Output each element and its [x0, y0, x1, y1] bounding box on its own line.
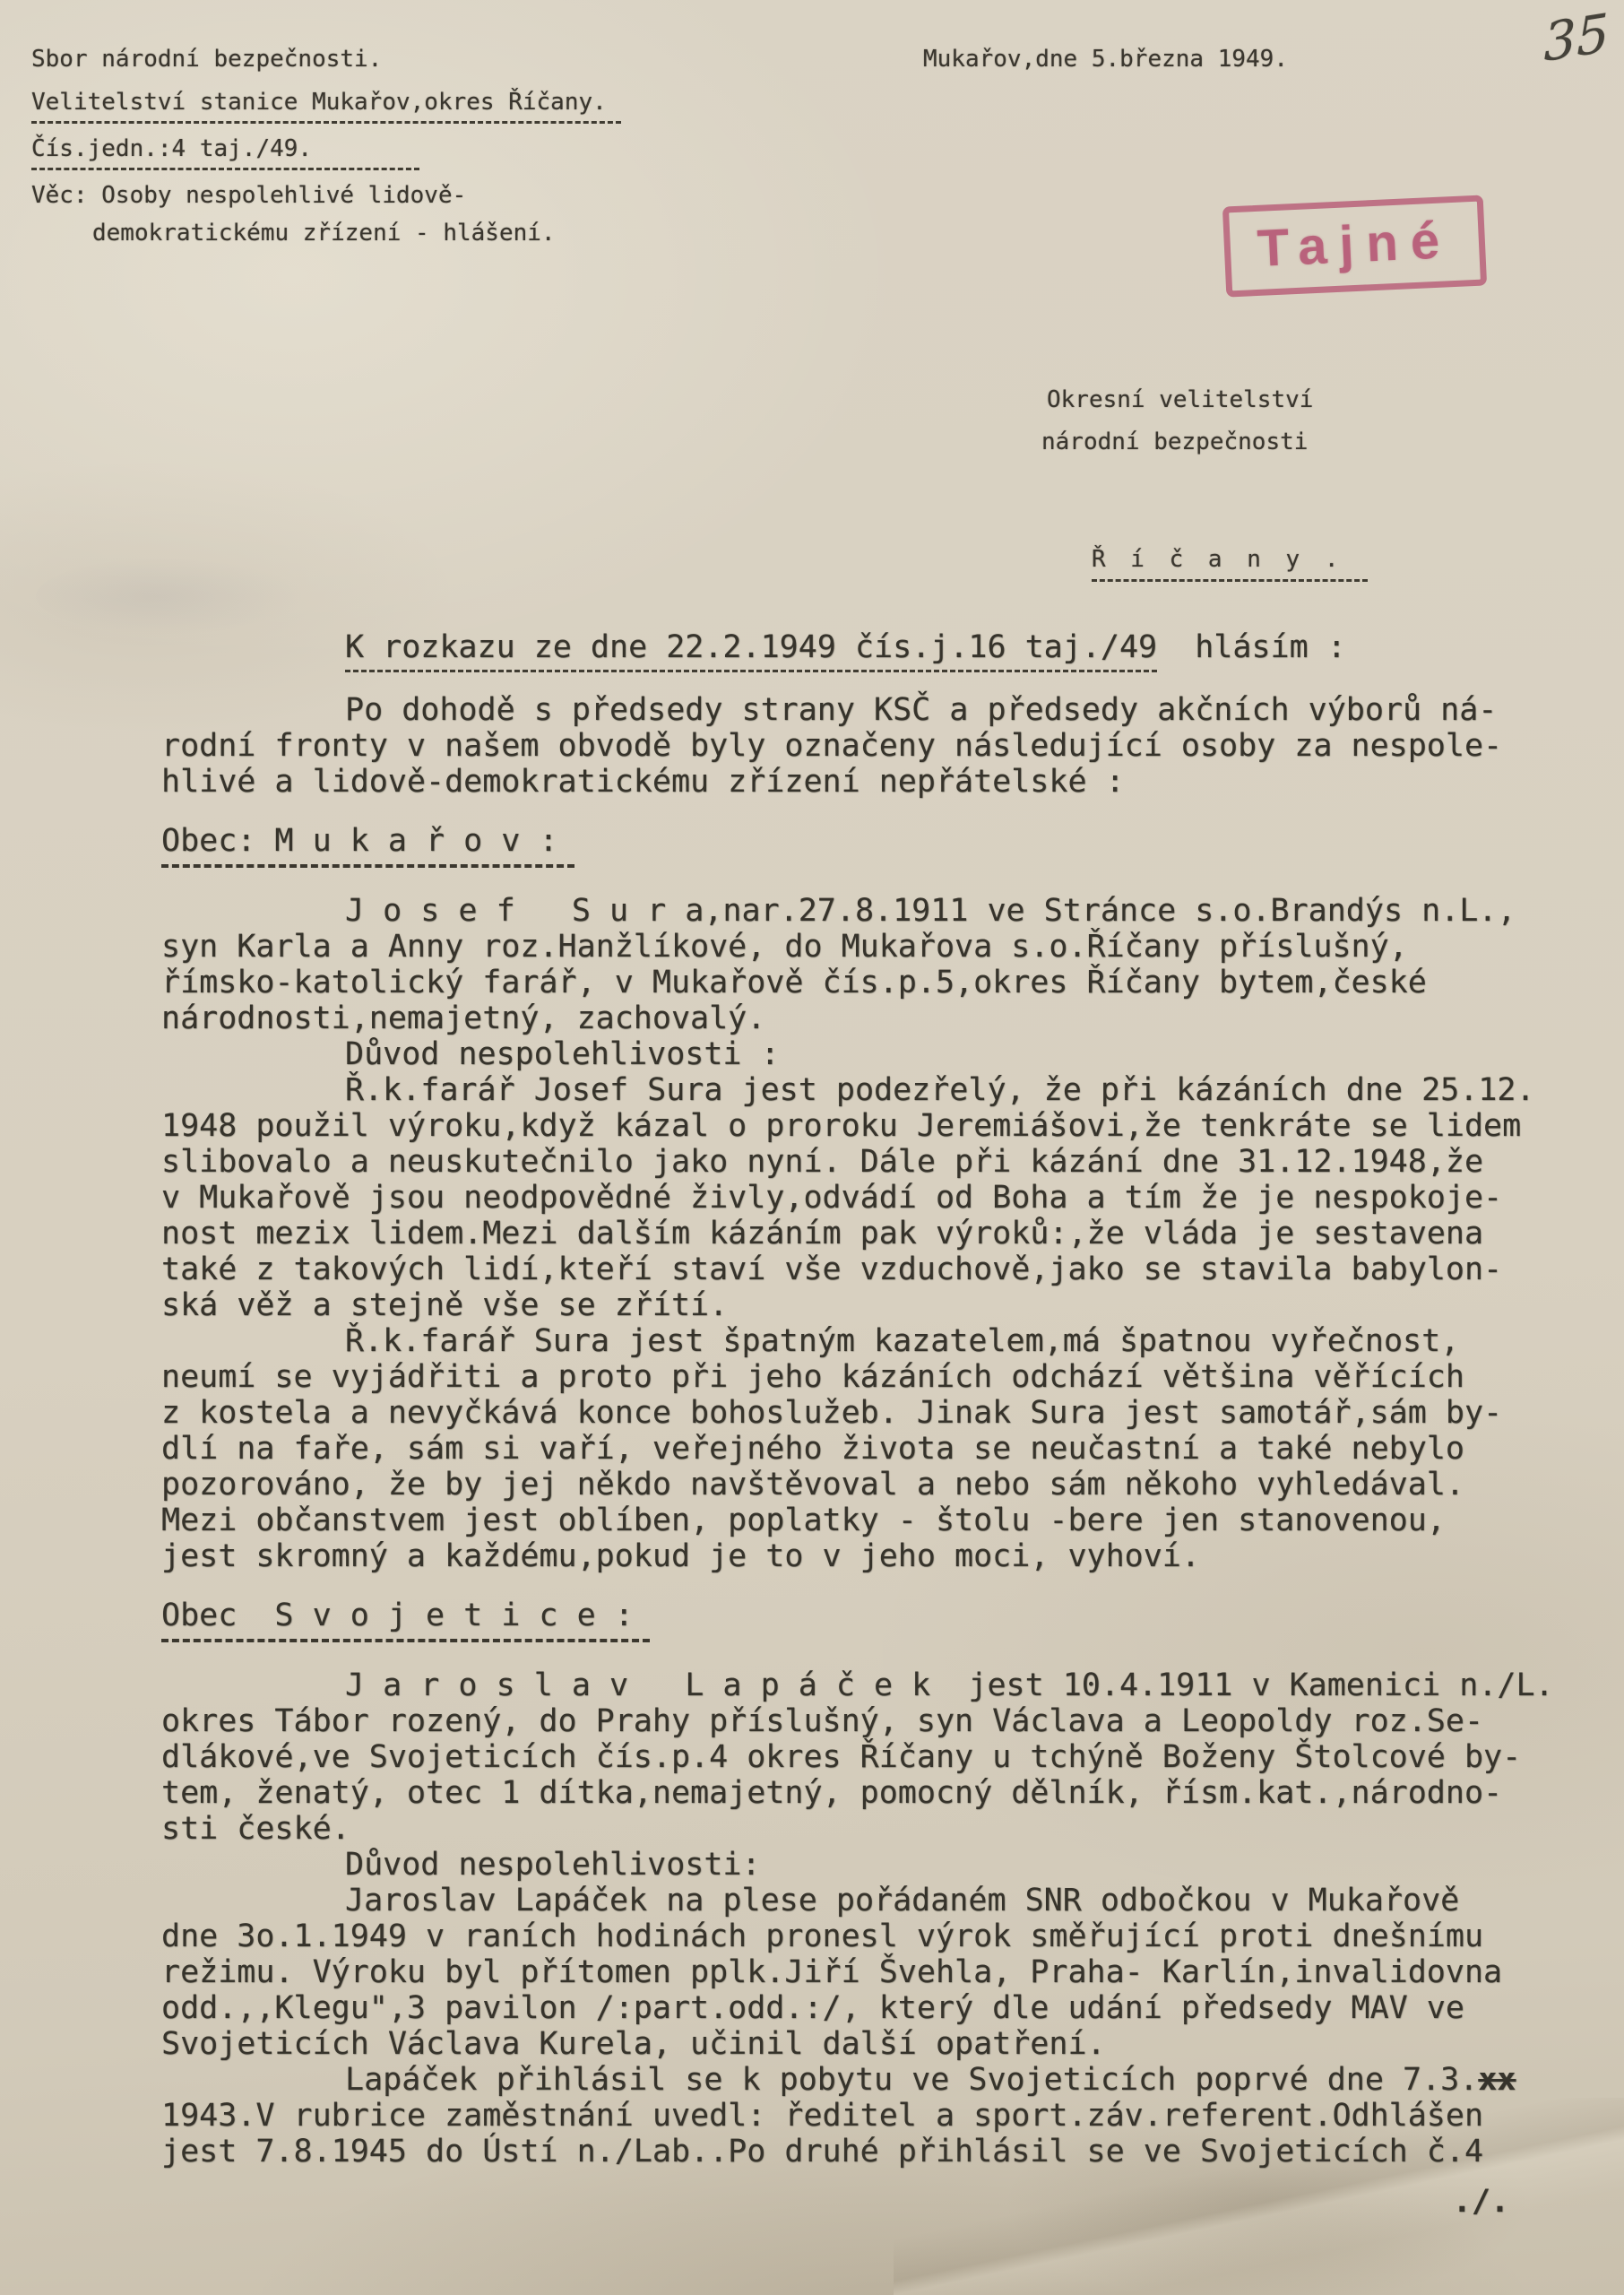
- body-line: nost mezix lidem.Mezi dalším kázáním pak…: [161, 1216, 1577, 1251]
- body-line: neumí se vyjádřiti a proto při jeho kázá…: [161, 1359, 1577, 1395]
- file-number-line: Čís.jedn.:4 taj./49.: [31, 134, 419, 170]
- org-station-line: Velitelství stanice Mukařov,okres Říčany…: [31, 88, 621, 124]
- body-line: sti české.: [161, 1811, 1577, 1847]
- body-line: syn Karla a Anny roz.Hanžlíkové, do Muka…: [161, 929, 1577, 965]
- body-line: římsko-katolický farář, v Mukařově čís.p…: [161, 965, 1577, 1000]
- body-line: rodní fronty v našem obvodě byly označen…: [161, 728, 1577, 764]
- body-line: Ř.k.farář Sura jest špatným kazatelem,má…: [161, 1323, 1577, 1359]
- ink-ghost-smudge: [36, 556, 341, 637]
- body-line: 1943.V rubrice zaměstnání uvedl: ředitel…: [161, 2098, 1577, 2134]
- body-line: pozorováno, že by jej někdo navštěvoval …: [161, 1467, 1577, 1503]
- body-line: z kostela a nevyčkává konce bohoslužeb. …: [161, 1395, 1577, 1431]
- intro-line: K rozkazu ze dne 22.2.1949 čís.j.16 taj.…: [161, 629, 1577, 672]
- body-line: 1948 použil výroku,když kázal o proroku …: [161, 1108, 1577, 1144]
- body-line: tem, ženatý, otec 1 dítka,nemajetný, pom…: [161, 1775, 1577, 1811]
- body-line: dlí na faře, sám si vaří, veřejného živo…: [161, 1431, 1577, 1467]
- continuation-mark: ./.: [161, 2184, 1577, 2220]
- underlined-text: Obec: M u k a ř o v :: [161, 823, 574, 868]
- body-line: hlivé a lidově-demokratickému zřízení ne…: [161, 764, 1577, 800]
- dateline: Mukařov,dne 5.března 1949.: [923, 45, 1288, 74]
- recipient-line: Okresní velitelství: [1047, 385, 1313, 414]
- body-line: jest skromný a každému,pokud je to v jeh…: [161, 1538, 1577, 1574]
- secret-stamp: Tajné: [1222, 195, 1487, 297]
- body-line: okres Tábor rozený, do Prahy příslušný, …: [161, 1703, 1577, 1739]
- org-name-line: Sbor národní bezpečnosti.: [31, 45, 382, 74]
- body-line: dne 3o.1.1949 v raních hodinách pronesl …: [161, 1918, 1577, 1954]
- body-line: Jaroslav Lapáček na plese pořádaném SNR …: [161, 1883, 1577, 1918]
- body-line: v Mukařově jsou neodpovědné živly,odvádí…: [161, 1180, 1577, 1216]
- reason-label: Důvod nespolehlivosti:: [161, 1847, 1577, 1883]
- underlined-text: Ř í č a n y .: [1092, 545, 1368, 582]
- underlined-text: Čís.jedn.:4 taj./49.: [31, 134, 419, 170]
- body-line: J o s e f S u r a,nar.27.8.1911 ve Strán…: [161, 893, 1577, 929]
- overstruck-text: xx: [1478, 2062, 1516, 2098]
- body-line: národnosti,nemajetný, zachovalý.: [161, 1000, 1577, 1036]
- body-line: dlákové,ve Svojeticích čís.p.4 okres Říč…: [161, 1739, 1577, 1775]
- line-text: Lapáček přihlásil se k pobytu ve Svojeti…: [345, 2062, 1478, 2098]
- reason-label: Důvod nespolehlivosti :: [161, 1036, 1577, 1072]
- recipient-line: národní bezpečnosti: [1041, 428, 1308, 456]
- body-line: Mezi občanstvem jest oblíben, poplatky -…: [161, 1503, 1577, 1538]
- handwritten-page-number: 35: [1543, 2, 1610, 74]
- body-line: Lapáček přihlásil se k pobytu ve Svojeti…: [161, 2062, 1577, 2098]
- section-heading: Obec: M u k a ř o v :: [161, 823, 1577, 868]
- body-line: Ř.k.farář Josef Sura jest podezřelý, že …: [161, 1072, 1577, 1108]
- underlined-text: Obec S v o j e t i c e :: [161, 1598, 650, 1642]
- underlined-text: K rozkazu ze dne 22.2.1949 čís.j.16 taj.…: [345, 629, 1157, 672]
- intro-tail: hlásím :: [1157, 629, 1346, 665]
- body-line: Svojeticích Václava Kurela, učinil další…: [161, 2026, 1577, 2062]
- body-line: odd.,,Klegu",3 pavilon /:part.odd.:/, kt…: [161, 1990, 1577, 2026]
- body-line: jest 7.8.1945 do Ústí n./Lab..Po druhé p…: [161, 2134, 1577, 2169]
- subject-line: Věc: Osoby nespolehlivé lidově-: [31, 181, 466, 210]
- section-heading: Obec S v o j e t i c e :: [161, 1598, 1577, 1642]
- body-line: slibovalo a neuskutečnilo jako nyní. Dál…: [161, 1144, 1577, 1180]
- body-line: ská věž a stejně vše se zřítí.: [161, 1287, 1577, 1323]
- underlined-text: Velitelství stanice Mukařov,okres Říčany…: [31, 88, 621, 124]
- body-line: také z takových lidí,kteří staví vše vzd…: [161, 1251, 1577, 1287]
- body-line: Po dohodě s předsedy strany KSČ a předse…: [161, 692, 1577, 728]
- subject-line: demokratickému zřízení - hlášení.: [92, 219, 556, 247]
- body-line: J a r o s l a v L a p á č e k jest 10.4.…: [161, 1667, 1577, 1703]
- document-page: 35 Sbor národní bezpečnosti. Velitelství…: [0, 0, 1624, 2295]
- document-body: K rozkazu ze dne 22.2.1949 čís.j.16 taj.…: [161, 629, 1577, 2220]
- recipient-city: Ř í č a n y .: [1092, 545, 1368, 582]
- body-line: režimu. Výroku byl přítomen pplk.Jiří Šv…: [161, 1954, 1577, 1990]
